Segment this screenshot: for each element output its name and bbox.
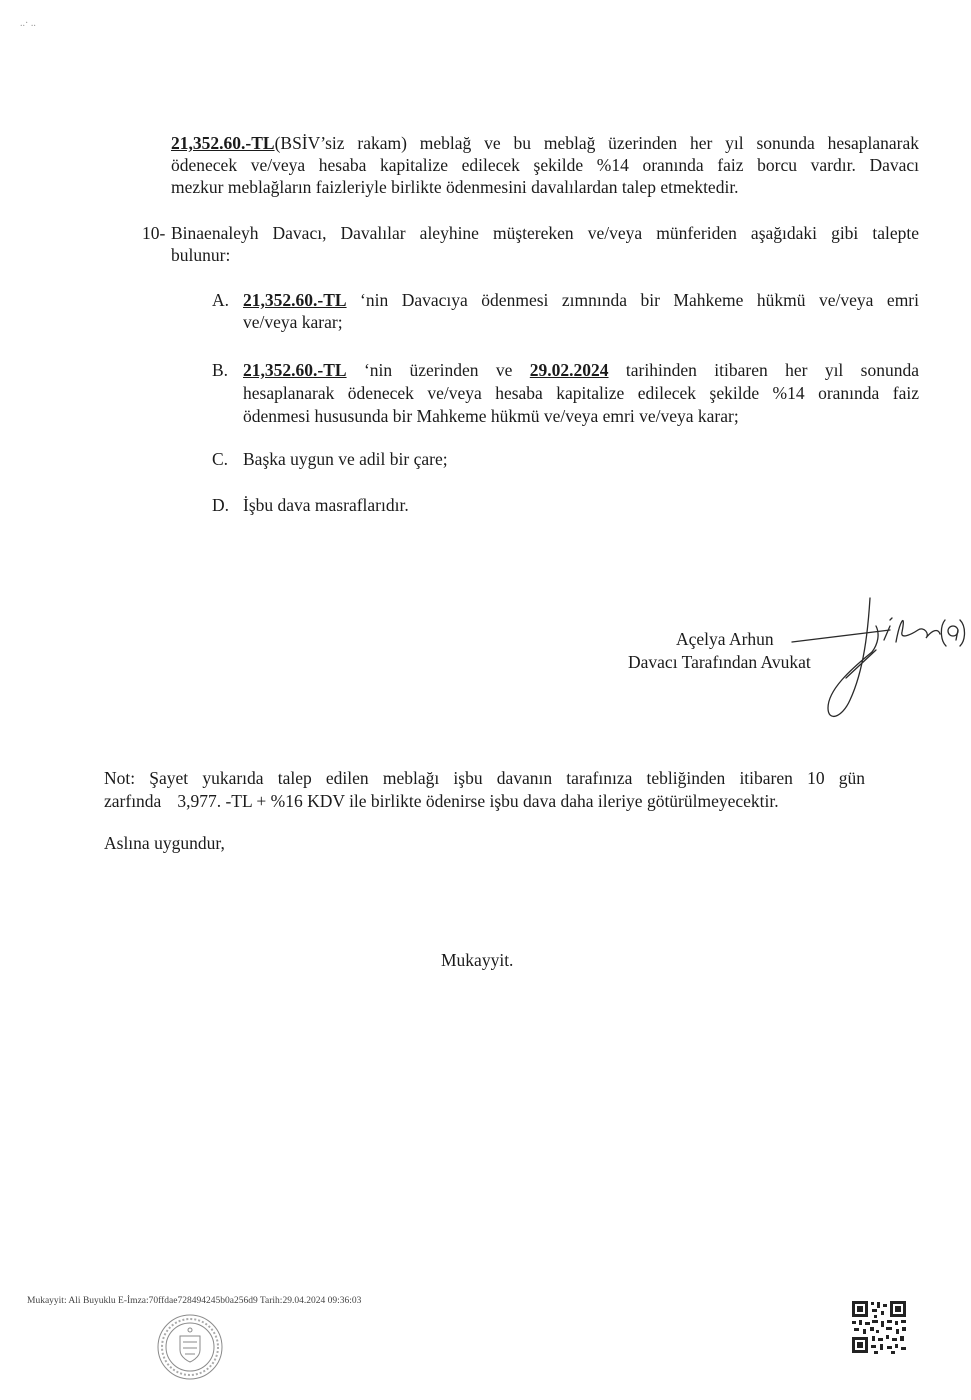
handwritten-signature-icon — [780, 590, 970, 730]
amount: 21,352.60.-TL — [171, 133, 275, 153]
qr-code-icon[interactable] — [850, 1299, 908, 1355]
claim-c-letter: C. — [212, 448, 228, 470]
claim-b-line-1: 21,352.60.-TL ‘nin üzerinden ve 29.02.20… — [243, 359, 919, 381]
claim-b-line-2: hesaplanarak ödenecek ve/veya hesaba kap… — [243, 382, 919, 404]
claim-b-letter: B. — [212, 359, 228, 381]
certification: Aslına uygundur, — [104, 832, 225, 854]
claim-a-line-2: ve/veya karar; — [243, 311, 343, 333]
para-9-line-3: mezkur meblağların faizleriyle birlikte … — [171, 176, 739, 198]
registrar: Mukayyit. — [441, 949, 513, 971]
claim-c-text: Başka uygun ve adil bir çare; — [243, 448, 448, 470]
e-signature-line: Mukayyit: Ali Buyuklu E-İmza:70ffdae7284… — [27, 1296, 361, 1306]
para-9-line-1: 21,352.60.-TL(BSİV’siz rakam) meblağ ve … — [171, 132, 919, 154]
para-10-number: 10- — [142, 222, 165, 244]
claim-d-text: İşbu dava masraflarıdır. — [243, 494, 409, 516]
para-9-line-2: ödenecek ve/veya hesaba kapitalize edile… — [171, 154, 919, 176]
claim-d-letter: D. — [212, 494, 229, 516]
para-10-line-2: bulunur: — [171, 244, 230, 266]
scan-noise-icon: ..· .. — [20, 18, 36, 29]
signatory-name: Açelya Arhun — [676, 628, 774, 650]
claim-a-line-1: 21,352.60.-TL ‘nin Davacıya ödenmesi zım… — [243, 289, 919, 311]
note-line-1: Not: Şayet yukarıda talep edilen meblağı… — [104, 767, 865, 789]
para-10-line-1: Binaenaleyh Davacı, Davalılar aleyhine m… — [171, 222, 919, 244]
court-seal-icon — [155, 1312, 225, 1382]
claim-a-letter: A. — [212, 289, 229, 311]
note-line-2: zarfında3,977. -TL + %16 KDV ile birlikt… — [104, 790, 779, 812]
claim-b-line-3: ödenmesi hususunda bir Mahkeme hükmü ve/… — [243, 405, 739, 427]
